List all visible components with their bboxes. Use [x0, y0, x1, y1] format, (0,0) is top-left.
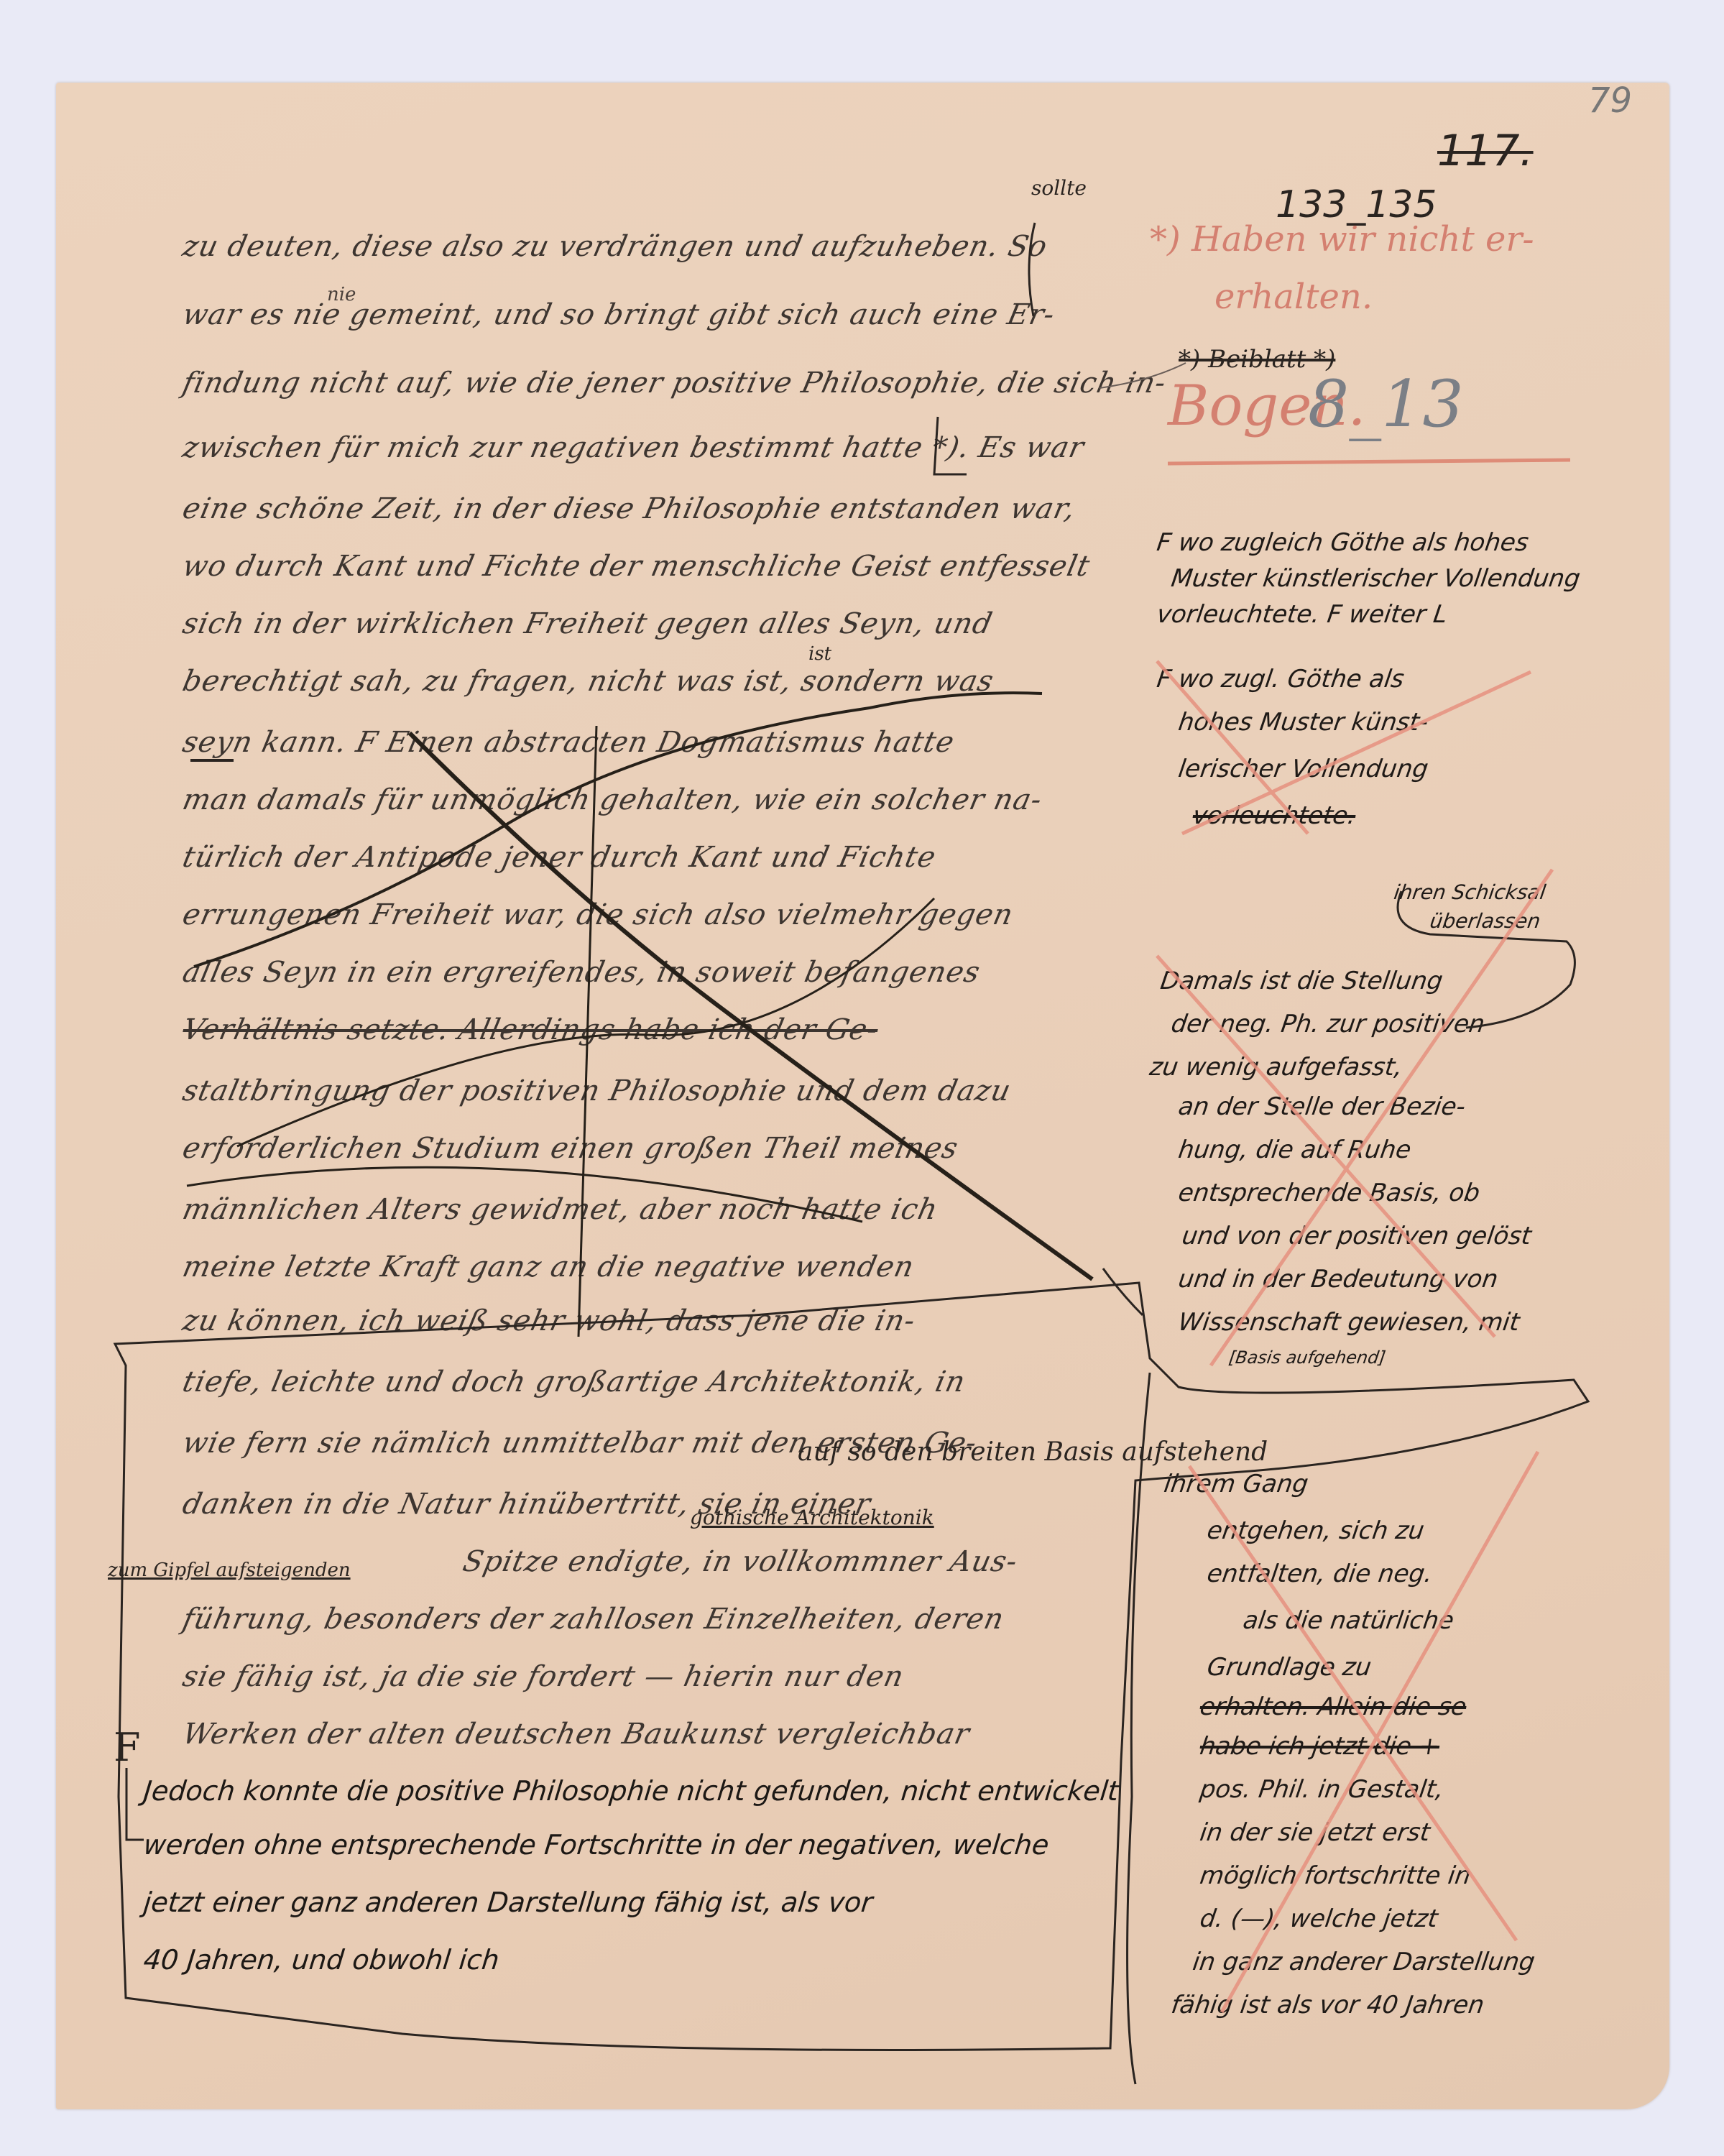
boxed-body-line: sie fähig ist, ja die sie fordert — hier… — [180, 1660, 907, 1693]
margin-line: Grundlage zu — [1205, 1653, 1373, 1682]
boxed-body-line: tiefe, leichte und doch großartige Archi… — [180, 1365, 969, 1399]
body-line: seyn kann. F Einen abstracten Dogmatismu… — [180, 726, 957, 759]
margin-line: F wo zugl. Göthe als — [1155, 665, 1406, 694]
margin-line: entgehen, sich zu — [1205, 1516, 1426, 1545]
margin-line: F wo zugleich Göthe als hohes — [1155, 528, 1530, 557]
body-line: zu deuten, diese also zu verdrängen und … — [180, 230, 1051, 263]
margin-line: [Basis aufgehend] — [1227, 1347, 1387, 1368]
margin-line: ihren Schicksal — [1393, 880, 1547, 904]
red-asterisk-note-line2: erhalten. — [1214, 277, 1373, 317]
body-line: berechtigt sah, zu fragen, nicht was ist… — [180, 665, 997, 698]
pencil-page-range: 8_13 — [1308, 367, 1464, 442]
margin-line: zu wenig aufgefasst, — [1148, 1053, 1404, 1082]
body-line: sich in der wirklichen Freiheit gegen al… — [180, 607, 995, 640]
margin-line: und von der positiven gelöst — [1180, 1222, 1533, 1250]
margin-line: vorleuchtete. — [1191, 801, 1357, 830]
margin-line: lerischer Vollendung — [1176, 755, 1430, 783]
body-line-crossed: staltbringung der positiven Philosophie … — [180, 1074, 1014, 1107]
margin-line: erhalten. Allein die se — [1198, 1692, 1468, 1721]
boxed-body-line: Werken der alten deutschen Baukunst verg… — [180, 1718, 973, 1751]
margin-line: Wissenschaft gewiesen, mit — [1176, 1308, 1521, 1337]
insertion-gipfel: zum Gipfel aufsteigenden — [108, 1560, 351, 1581]
insertion-sollte: sollte — [1031, 176, 1087, 200]
margin-line: fähig ist als vor 40 Jahren — [1169, 1991, 1486, 2019]
body-line-crossed: männlichen Alters gewidmet, aber noch ha… — [180, 1193, 941, 1226]
body-line: zwischen für mich zur negativen bestimmt… — [180, 431, 1087, 464]
old-page-number: 117. — [1437, 126, 1534, 176]
margin-line: Damals ist die Stellung — [1158, 967, 1444, 995]
margin-line: an der Stelle der Bezie- — [1176, 1092, 1467, 1121]
margin-line: Muster künstlerischer Vollendung — [1169, 564, 1582, 593]
margin-line: möglich fortschritte in — [1198, 1861, 1472, 1890]
body-line: war es nie gemeint, und so bringt gibt s… — [180, 298, 1058, 331]
insertion-marker-f: F — [114, 1725, 140, 1770]
margin-line: ihrem Gang — [1162, 1470, 1310, 1498]
margin-line: pos. Phil. in Gestalt, — [1198, 1775, 1445, 1804]
body-line-struck: Verhältnis setzte. Allerdings habe ich d… — [180, 1013, 881, 1046]
boxed-body-line: führung, besonders der zahllosen Einzelh… — [180, 1603, 1008, 1636]
body-line-crossed: erforderlichen Studium einen großen Thei… — [180, 1132, 962, 1165]
margin-line: überlassen — [1429, 909, 1542, 933]
margin-line: und in der Bedeutung von — [1176, 1265, 1500, 1294]
archive-folio-number: 79 — [1588, 80, 1632, 121]
margin-line: als die natürliche — [1241, 1606, 1455, 1635]
insertion-line: Jedoch konnte die positive Philosophie n… — [142, 1775, 1120, 1807]
body-line: eine schöne Zeit, in der diese Philosoph… — [180, 492, 1079, 525]
insertion-line: werden ohne entsprechende Fortschritte i… — [142, 1829, 1051, 1861]
margin-line: in ganz anderer Darstellung — [1191, 1948, 1536, 1976]
margin-line: habe ich jetzt die + — [1198, 1732, 1442, 1761]
body-line: findung nicht auf, wie die jener positiv… — [180, 367, 1169, 400]
margin-line: der neg. Ph. zur positiven — [1169, 1010, 1486, 1038]
insertion-line: 40 Jahren, und obwohl ich — [142, 1944, 501, 1976]
margin-line: in der sie jetzt erst — [1198, 1818, 1432, 1847]
insertion-breiten-basis: auf so den breiten Basis aufstehend — [798, 1437, 1268, 1467]
margin-line: vorleuchtete. F weiter L — [1155, 600, 1449, 629]
body-line-crossed: man damals für unmöglich gehalten, wie e… — [180, 783, 1045, 816]
margin-line: d. (—), welche jetzt — [1198, 1904, 1439, 1933]
body-line: meine letzte Kraft ganz an die negative … — [180, 1250, 917, 1284]
body-line-crossed: türlich der Antipode jener durch Kant un… — [180, 841, 939, 874]
margin-line: hohes Muster künst- — [1176, 708, 1430, 737]
boxed-body-line: Spitze endigte, in vollkommner Aus- — [460, 1545, 1020, 1578]
insertion-ist: ist — [808, 643, 831, 665]
insertion-gothische-architektonik: gothische Architektonik — [690, 1506, 934, 1529]
margin-line: hung, die auf Ruhe — [1176, 1135, 1413, 1164]
body-line: zu können, ich weiß sehr wohl, dass jene… — [180, 1304, 918, 1337]
margin-line: entsprechende Basis, ob — [1176, 1179, 1482, 1207]
margin-line: entfalten, die neg. — [1205, 1560, 1434, 1588]
insertion-line: jetzt einer ganz anderen Darstellung fäh… — [142, 1886, 875, 1918]
body-line-crossed: alles Seyn in ein ergreifendes, in sowei… — [180, 956, 983, 989]
body-line-crossed: errungenen Freiheit war, die sich also v… — [180, 898, 1016, 931]
body-line: wo durch Kant und Fichte der menschliche… — [180, 550, 1093, 583]
red-asterisk-note: *) Haben wir nicht er- — [1150, 219, 1534, 259]
